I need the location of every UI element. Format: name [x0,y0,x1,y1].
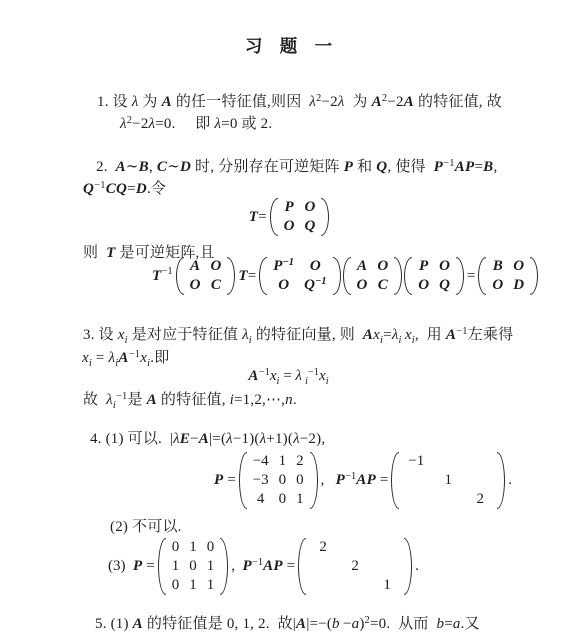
equation-T-lhs: T= [249,209,267,226]
equals-sign: = [467,268,475,285]
period: . [415,558,419,575]
matrix-PAP3-label: , P−1AP = [231,558,295,575]
left-paren [391,452,399,509]
matrix-BD: BOOD [478,257,538,295]
equation-T-definition: T= POOQ [0,198,577,236]
matrix-PAP-label: , P−1AP = [321,472,389,489]
matrix-diagonal-1-cells: −112 [400,452,496,509]
problem-4-line-2: (2) 不可以. [110,517,182,537]
right-paren [310,452,318,509]
right-paren [321,198,329,236]
left-paren [298,538,306,595]
right-paren [394,257,402,295]
right-paren [530,257,538,295]
matrix-AC-2-cells: AOOC [352,257,394,295]
equation-T-equals: T= [238,268,256,285]
matrix-AC-1-cells: AOOC [185,257,227,295]
equation-eigen-inverse: A−1xi = λ i−1xi [0,368,577,385]
matrix-PQ: POOQ [404,257,464,295]
left-paren [478,257,486,295]
matrix-AC-1: AOOC [176,257,236,295]
period: . [508,472,512,489]
right-paren [333,257,341,295]
problem-2-line-1: 2. A∼B, C∼D 时, 分别存在可逆矩阵 P 和 Q, 使得 P−1AP=… [96,157,497,177]
left-paren [239,452,247,509]
matrix-diagonal-2: 221 [298,538,412,595]
matrix-T: POOQ [270,198,330,236]
matrix-P-cells: −412−300401 [248,452,309,509]
matrix-PQ-cells: POOQ [413,257,455,295]
left-paren [404,257,412,295]
problem-1-line-1: 1. 设 λ 为 A 的任一特征值,则因 λ2−2λ 为 A2−2A 的特征值,… [97,92,502,112]
equation-eigen-inverse-body: A−1xi = λ i−1xi [248,368,328,385]
right-paren [227,257,235,295]
left-paren [176,257,184,295]
matrix-P-label: P = [214,472,236,489]
equation-4-1-matrices: P = −412−300401 , P−1AP = −112 . [212,452,514,509]
left-paren [343,257,351,295]
matrix-T-cells: POOQ [279,198,321,236]
matrix-PQ-inverse-cells: P−1OOQ−1 [268,257,331,295]
problem-3-line-2: xi = λiA−1xi.即 [82,348,169,368]
matrix-P3: 010101011 [158,538,229,595]
document-page: 习 题 一 1. 设 λ 为 A 的任一特征值,则因 λ2−2λ 为 A2−2A… [0,0,577,642]
problem-4-line-1: 4. (1) 可以. |λE−A|=(λ−1)(λ+1)(λ−2), [90,429,325,449]
equation-T-inverse: T−1 [152,268,173,285]
problem-3-line-3: 故 λi−1是 A 的特征值, i=1,2,⋯,n. [83,390,297,410]
problem-5-line-1: 5. (1) A 的特征值是 0, 1, 2. 故|A|=−(b −a)2=0.… [95,614,480,634]
page-title: 习 题 一 [0,33,577,58]
problem-2-line-2: Q−1CQ=D.令 [83,179,166,199]
right-paren [456,257,464,295]
right-paren [497,452,505,509]
matrix-P: −412−300401 [239,452,318,509]
matrix-diagonal-2-cells: 221 [307,538,403,595]
equation-4-3-matrices: (3) P = 010101011 , P−1AP = 221 . [106,538,421,595]
matrix-PQ-inverse: P−1OOQ−1 [259,257,340,295]
right-paren [220,538,228,595]
problem-1-line-2: λ2−2λ=0. 即 λ=0 或 2. [120,114,272,134]
left-paren [158,538,166,595]
matrix-P3-label: (3) P = [108,558,155,575]
right-paren [404,538,412,595]
matrix-P3-cells: 010101011 [167,538,220,595]
problem-3-line-1: 3. 设 xi 是对应于特征值 λi 的特征向量, 则 Axi=λi xi, 用… [83,325,513,345]
left-paren [259,257,267,295]
equation-similarity: T−1 AOOC T= P−1OOQ−1 AOOC POOQ = BOOD [150,257,539,295]
matrix-diagonal-1: −112 [391,452,505,509]
matrix-AC-2: AOOC [343,257,403,295]
left-paren [270,198,278,236]
matrix-BD-cells: BOOD [487,257,529,295]
